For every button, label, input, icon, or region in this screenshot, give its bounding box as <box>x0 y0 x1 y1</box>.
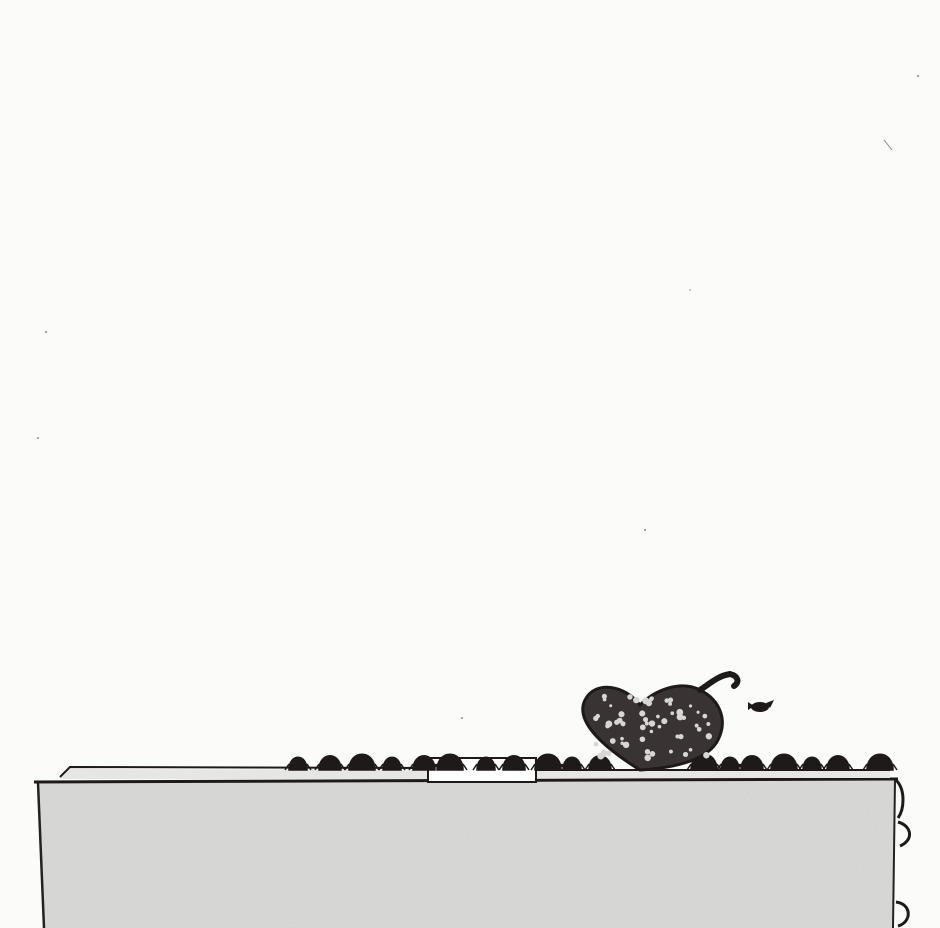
paper-specks <box>37 75 919 719</box>
heart-topiary <box>583 674 738 770</box>
planter-box <box>34 779 898 928</box>
sketch-scene <box>0 0 940 928</box>
small-bird <box>748 700 774 712</box>
shrub-row <box>285 754 897 770</box>
side-vines <box>896 780 910 926</box>
